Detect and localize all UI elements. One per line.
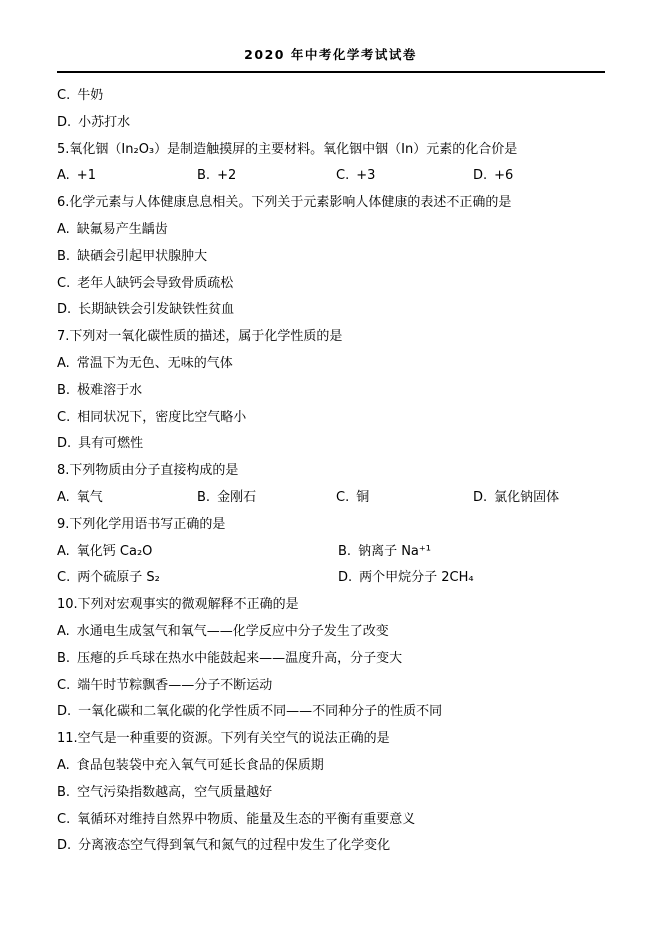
option-row: A.氧化钙 Ca₂O B.钠离子 Na⁺¹ xyxy=(57,539,625,566)
option-row: D.长期缺铁会引发缺铁性贫血 xyxy=(57,297,625,324)
option-row: A.常温下为无色、无味的气体 xyxy=(57,351,625,378)
exam-content: C.牛奶 D.小苏打水 5.氧化铟（In₂O₃）是制造触摸屏的主要材料。氧化铟中… xyxy=(57,73,625,860)
option-item: B.+2 xyxy=(197,163,336,190)
question-stem: 11.空气是一种重要的资源。下列有关空气的说法正确的是 xyxy=(57,726,625,753)
option-item: C.相同状况下，密度比空气略小 xyxy=(57,410,246,425)
option-text: 氯化钠固体 xyxy=(494,490,559,505)
option-item: B.空气污染指数越高，空气质量越好 xyxy=(57,785,272,800)
option-label: A. xyxy=(57,356,70,371)
option-row: B.压瘪的乒乓球在热水中能鼓起来——温度升高，分子变大 xyxy=(57,646,625,673)
option-item: C.铜 xyxy=(336,485,473,512)
option-item: C.牛奶 xyxy=(57,88,103,103)
option-label: D. xyxy=(473,168,487,183)
option-label: B. xyxy=(57,249,70,264)
option-item: B.压瘪的乒乓球在热水中能鼓起来——温度升高，分子变大 xyxy=(57,651,402,666)
option-label: C. xyxy=(57,410,70,425)
option-row: C.氧循环对维持自然界中物质、能量及生态的平衡有重要意义 xyxy=(57,807,625,834)
option-label: C. xyxy=(57,812,70,827)
option-text: 压瘪的乒乓球在热水中能鼓起来——温度升高，分子变大 xyxy=(77,651,402,666)
option-label: C. xyxy=(57,678,70,693)
option-item: A.食品包装袋中充入氧气可延长食品的保质期 xyxy=(57,758,324,773)
option-text: 氧循环对维持自然界中物质、能量及生态的平衡有重要意义 xyxy=(77,812,415,827)
option-text: 极难溶于水 xyxy=(77,383,142,398)
option-text: 牛奶 xyxy=(77,88,103,103)
option-label: C. xyxy=(336,490,349,505)
option-text: 空气污染指数越高，空气质量越好 xyxy=(77,785,272,800)
option-text: 两个硫原子 S₂ xyxy=(77,570,160,585)
option-item: A.氧化钙 Ca₂O xyxy=(57,539,338,566)
option-item: B.缺硒会引起甲状腺肿大 xyxy=(57,249,207,264)
option-text: 具有可燃性 xyxy=(78,436,143,451)
option-text: 长期缺铁会引发缺铁性贫血 xyxy=(78,302,234,317)
option-item: B.极难溶于水 xyxy=(57,383,142,398)
option-text: 两个甲烷分子 2CH₄ xyxy=(359,570,473,585)
option-text: 小苏打水 xyxy=(78,115,130,130)
option-row: C.端午时节粽飘香——分子不断运动 xyxy=(57,673,625,700)
option-label: D. xyxy=(473,490,487,505)
option-text: +1 xyxy=(77,168,96,183)
option-text: 常温下为无色、无味的气体 xyxy=(77,356,233,371)
option-text: 缺硒会引起甲状腺肿大 xyxy=(77,249,207,264)
option-text: 端午时节粽飘香——分子不断运动 xyxy=(77,678,272,693)
option-text: 相同状况下，密度比空气略小 xyxy=(77,410,246,425)
option-text: 分离液态空气得到氧气和氮气的过程中发生了化学变化 xyxy=(78,838,390,853)
option-text: 缺氟易产生龋齿 xyxy=(77,222,168,237)
option-row: B.缺硒会引起甲状腺肿大 xyxy=(57,244,625,271)
option-label: B. xyxy=(338,544,351,559)
option-item: A.水通电生成氢气和氧气——化学反应中分子发生了改变 xyxy=(57,624,389,639)
question-stem: 5.氧化铟（In₂O₃）是制造触摸屏的主要材料。氧化铟中铟（In）元素的化合价是 xyxy=(57,137,625,164)
option-text: +2 xyxy=(217,168,236,183)
option-item: D.具有可燃性 xyxy=(57,436,143,451)
question-stem: 7.下列对一氧化碳性质的描述，属于化学性质的是 xyxy=(57,324,625,351)
option-text: 铜 xyxy=(356,490,369,505)
option-item: B.金刚石 xyxy=(197,485,336,512)
option-label: D. xyxy=(57,302,71,317)
option-row: A.氧气 B.金刚石 C.铜 D.氯化钠固体 xyxy=(57,485,625,512)
option-text: 金刚石 xyxy=(217,490,256,505)
option-row: B.空气污染指数越高，空气质量越好 xyxy=(57,780,625,807)
option-label: D. xyxy=(338,570,352,585)
option-row: D.具有可燃性 xyxy=(57,431,625,458)
option-label: A. xyxy=(57,490,70,505)
option-label: B. xyxy=(57,651,70,666)
option-row: D.小苏打水 xyxy=(57,110,625,137)
document-header: 2020 年中考化学考试试卷 xyxy=(0,0,661,73)
option-label: D. xyxy=(57,436,71,451)
option-label: C. xyxy=(57,88,70,103)
option-label: C. xyxy=(336,168,349,183)
option-label: C. xyxy=(57,570,70,585)
option-row: A.缺氟易产生龋齿 xyxy=(57,217,625,244)
option-item: A.氧气 xyxy=(57,485,197,512)
option-item: C.氧循环对维持自然界中物质、能量及生态的平衡有重要意义 xyxy=(57,812,415,827)
option-item: A.常温下为无色、无味的气体 xyxy=(57,356,233,371)
question-stem: 8.下列物质由分子直接构成的是 xyxy=(57,458,625,485)
option-item: D.+6 xyxy=(473,163,625,190)
option-row: D.分离液态空气得到氧气和氮气的过程中发生了化学变化 xyxy=(57,833,625,860)
option-label: A. xyxy=(57,168,70,183)
option-text: 水通电生成氢气和氧气——化学反应中分子发生了改变 xyxy=(77,624,389,639)
option-label: A. xyxy=(57,758,70,773)
option-row: C.相同状况下，密度比空气略小 xyxy=(57,405,625,432)
question-stem: 9.下列化学用语书写正确的是 xyxy=(57,512,625,539)
option-item: D.两个甲烷分子 2CH₄ xyxy=(338,565,625,592)
option-row: A.食品包装袋中充入氧气可延长食品的保质期 xyxy=(57,753,625,780)
option-row: B.极难溶于水 xyxy=(57,378,625,405)
exam-page: 2020 年中考化学考试试卷 C.牛奶 D.小苏打水 5.氧化铟（In₂O₃）是… xyxy=(0,0,661,935)
option-row: D.一氧化碳和二氧化碳的化学性质不同——不同种分子的性质不同 xyxy=(57,699,625,726)
option-label: A. xyxy=(57,624,70,639)
option-item: A.+1 xyxy=(57,163,197,190)
option-text: 老年人缺钙会导致骨质疏松 xyxy=(77,276,233,291)
option-text: 一氧化碳和二氧化碳的化学性质不同——不同种分子的性质不同 xyxy=(78,704,442,719)
option-text: +6 xyxy=(494,168,513,183)
option-label: C. xyxy=(57,276,70,291)
option-row: A.水通电生成氢气和氧气——化学反应中分子发生了改变 xyxy=(57,619,625,646)
option-row: C.两个硫原子 S₂ D.两个甲烷分子 2CH₄ xyxy=(57,565,625,592)
option-label: B. xyxy=(57,383,70,398)
option-row: C.牛奶 xyxy=(57,83,625,110)
option-item: C.+3 xyxy=(336,163,473,190)
option-item: D.长期缺铁会引发缺铁性贫血 xyxy=(57,302,234,317)
option-label: A. xyxy=(57,222,70,237)
option-item: B.钠离子 Na⁺¹ xyxy=(338,539,625,566)
option-item: D.小苏打水 xyxy=(57,115,130,130)
option-label: B. xyxy=(197,490,210,505)
option-item: D.一氧化碳和二氧化碳的化学性质不同——不同种分子的性质不同 xyxy=(57,704,442,719)
option-label: D. xyxy=(57,838,71,853)
option-item: C.端午时节粽飘香——分子不断运动 xyxy=(57,678,272,693)
option-label: B. xyxy=(197,168,210,183)
option-row: C.老年人缺钙会导致骨质疏松 xyxy=(57,271,625,298)
option-item: A.缺氟易产生龋齿 xyxy=(57,222,168,237)
option-text: 氧化钙 Ca₂O xyxy=(77,544,153,559)
option-item: D.分离液态空气得到氧气和氮气的过程中发生了化学变化 xyxy=(57,838,390,853)
option-text: +3 xyxy=(356,168,375,183)
option-row: A.+1 B.+2 C.+3 D.+6 xyxy=(57,163,625,190)
option-item: C.两个硫原子 S₂ xyxy=(57,565,338,592)
page-title: 2020 年中考化学考试试卷 xyxy=(0,45,661,63)
option-label: D. xyxy=(57,704,71,719)
option-text: 钠离子 Na⁺¹ xyxy=(358,544,431,559)
option-label: B. xyxy=(57,785,70,800)
option-item: C.老年人缺钙会导致骨质疏松 xyxy=(57,276,233,291)
option-text: 食品包装袋中充入氧气可延长食品的保质期 xyxy=(77,758,324,773)
question-stem: 10.下列对宏观事实的微观解释不正确的是 xyxy=(57,592,625,619)
option-label: A. xyxy=(57,544,70,559)
option-label: D. xyxy=(57,115,71,130)
option-item: D.氯化钠固体 xyxy=(473,485,625,512)
question-stem: 6.化学元素与人体健康息息相关。下列关于元素影响人体健康的表述不正确的是 xyxy=(57,190,625,217)
option-text: 氧气 xyxy=(77,490,103,505)
